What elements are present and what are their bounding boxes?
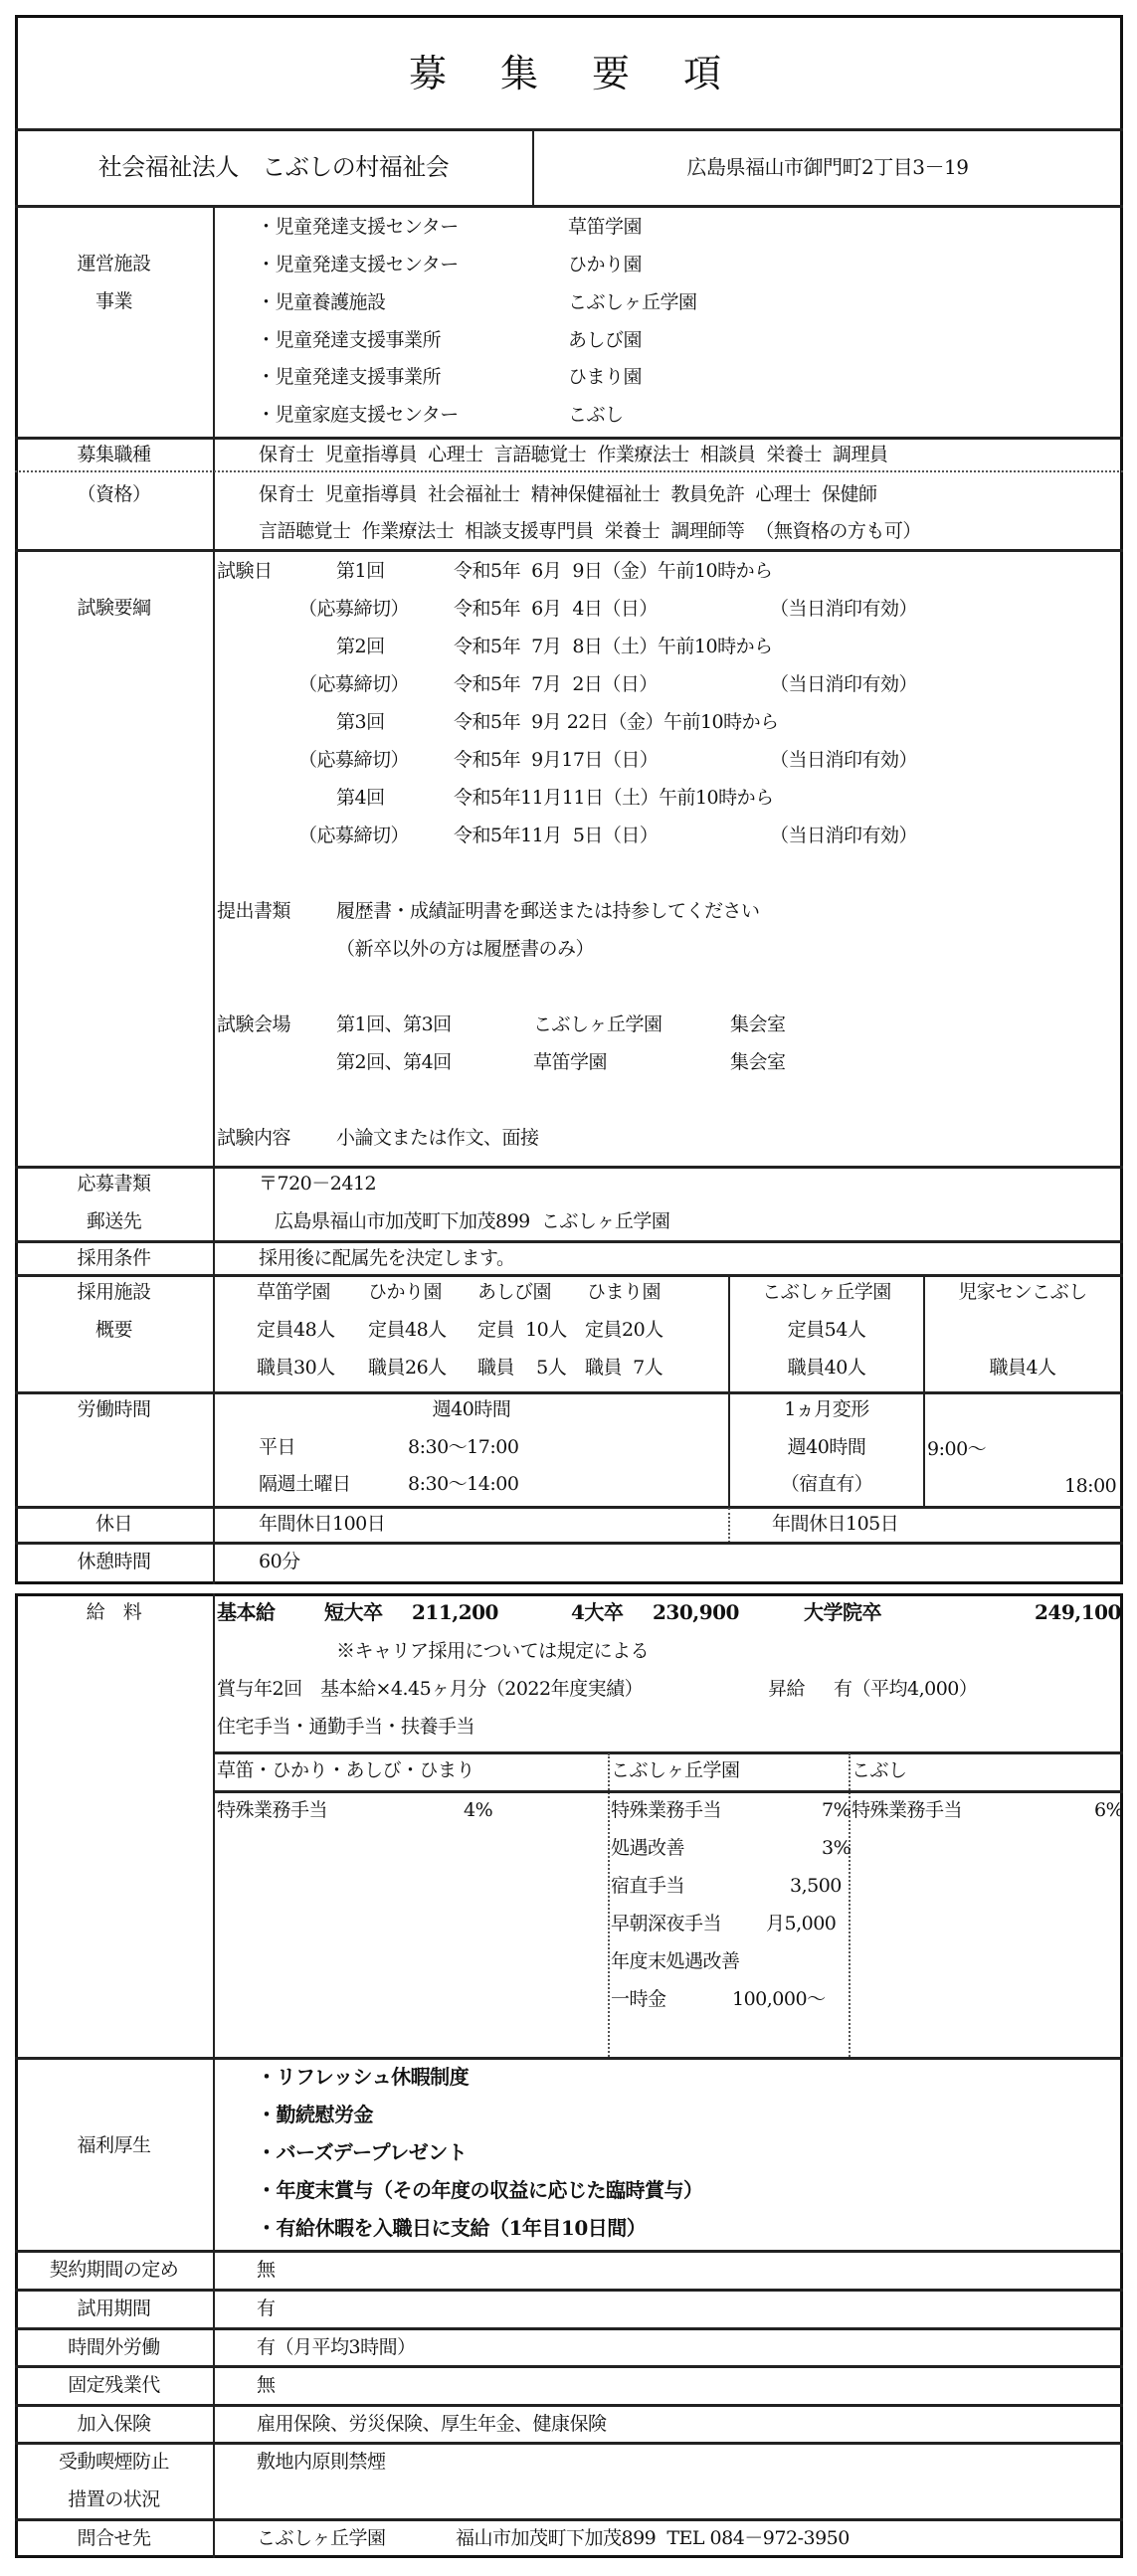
deadline-date: 令和5年 7月 2日（日） [454,672,658,696]
label-column-divider [213,206,215,1584]
exam-content-label: 試験内容 [217,1126,290,1150]
allowance-name: 特殊業務手当 [852,1798,962,1822]
deadline-label: （応募締切） [298,672,409,696]
raise-value: 有（平均4,000） [834,1677,977,1701]
working-hours-group-3-start: 9:00～ [927,1437,986,1461]
facility-type: ・児童家庭支援センター [257,403,459,427]
allowance-name: 一時金 [611,1987,666,2011]
welfare-label: 福利厚生 [15,2133,213,2157]
allowance-name: 特殊業務手当 [217,1798,327,1822]
qualifications-label: （資格） [15,482,213,506]
overview-staff: 職員30人 [257,1356,335,1380]
job-types-value: 保育士 児童指導員 心理士 言語聴覚士 作業療法士 相談員 栄養士 調理員 [259,443,888,466]
salary-column-header: こぶしヶ丘学園 [611,1758,740,1782]
facility-type: ・児童養護施設 [257,290,386,314]
overview-group-2-capacity: 定員54人 [730,1318,923,1342]
holidays-group-2: 年間休日105日 [772,1512,898,1536]
overview-group-2-staff: 職員40人 [730,1356,923,1380]
contract-period-label: 契約期間の定め [15,2258,213,2282]
allowance-name: 早朝深夜手当 [611,1912,721,1935]
deadline-note: （当日消印有効） [770,824,917,847]
base-amount: 211,200 [412,1600,498,1624]
exam-round: 第2回 [336,635,385,658]
deadline-date: 令和5年 6月 4日（日） [454,597,658,621]
bonus-value: 基本給×4.45ヶ月分（2022年度実績） [320,1677,643,1701]
overview-group-2-name: こぶしヶ丘学園 [730,1280,923,1304]
welfare-item: ・年度末賞与（その年度の収益に応じた臨時賞与） [257,2178,703,2202]
overview-staff: 職員 5人 [477,1356,566,1380]
salary-column-header: こぶし [852,1758,907,1782]
mailing-label: 応募書類 [15,1172,213,1196]
deadline-note: （当日消印有効） [770,748,917,772]
smoking-value: 敷地内原則禁煙 [257,2450,386,2474]
overview-facility-name: あしび園 [477,1280,551,1304]
hiring-conditions-label: 採用条件 [15,1246,213,1270]
allowance-name: 年度末処遇改善 [611,1949,740,1973]
mailing-address: 広島県福山市加茂町下加茂899 こぶしヶ丘学園 [275,1209,669,1233]
salary-label: 給 料 [15,1600,213,1624]
overview-label: 概要 [15,1318,213,1342]
job-types-label: 募集職種 [15,443,213,466]
overtime-label: 時間外労働 [15,2335,213,2359]
allowances: 住宅手当・通勤手当・扶養手当 [217,1715,474,1739]
career-note: ※キャリア採用については規定による [336,1639,649,1663]
working-time: 8:30～14:00 [408,1472,518,1496]
overview-group-3-name: 児家センこぶし [925,1280,1120,1304]
welfare-item: ・有給休暇を入職日に支給（1年目10日間） [257,2216,646,2240]
overview-capacity: 定員48人 [368,1318,447,1342]
facility-name: 草笛学園 [568,215,642,239]
venue-place: こぶしヶ丘学園 [533,1012,663,1036]
venue-room: 集会室 [730,1012,786,1036]
welfare-item: ・リフレッシュ休暇制度 [257,2065,469,2089]
welfare-item: ・バーズデープレゼント [257,2140,467,2164]
label-column-divider [213,1593,215,2558]
facilities-label: 運営施設 [15,252,213,276]
probation-value: 有 [257,2297,276,2320]
page-title: 募 集 要 項 [15,52,1123,95]
divider [15,2327,1123,2330]
working-hours-header: 週40時間 [215,1397,728,1421]
smoking-label: 受動喫煙防止 [15,2450,213,2474]
divider [15,1274,1123,1277]
divider [15,2442,1123,2445]
insurance-value: 雇用保険、労災保険、厚生年金、健康保険 [257,2412,607,2436]
facility-name: こぶし [568,403,624,427]
divider [15,2057,1123,2060]
qualifications-line: 保育士 児童指導員 社会福祉士 精神保健福祉士 教員免許 心理士 保健師 [259,482,876,506]
contact-label: 問合せ先 [15,2526,213,2550]
contact-place: こぶしヶ丘学園 [257,2526,386,2550]
salary-column-header: 草笛・ひかり・あしび・ひまり [217,1758,474,1782]
facility-type: ・児童発達支援事業所 [257,365,441,389]
divider [15,437,1123,440]
raise-label: 昇給 [768,1677,805,1701]
divider [15,2404,1123,2407]
venue-rounds: 第2回、第4回 [336,1050,452,1074]
documents-label: 提出書類 [217,899,290,923]
working-day: 平日 [259,1435,295,1459]
welfare-item: ・勤続慰労金 [257,2103,373,2126]
working-day: 隔週土曜日 [259,1472,351,1496]
insurance-label: 加入保険 [15,2412,213,2436]
venue-place: 草笛学園 [533,1050,607,1074]
allowance-value: 3,500 [790,1874,842,1898]
facility-name: ひかり園 [568,253,642,276]
allowance-name: 特殊業務手当 [611,1798,721,1822]
divider [15,1542,1123,1545]
allowance-value: 4% [464,1798,492,1822]
allowance-value: 6% [1094,1798,1123,1822]
divider [215,1790,1123,1793]
overview-facility-name: ひかり園 [368,1280,442,1304]
divider [15,2518,1123,2521]
overview-facility-name: ひまり園 [587,1280,661,1304]
working-hours-label: 労働時間 [15,1397,213,1421]
allowance-value: 月5,000 [766,1912,836,1935]
overview-group-3-staff: 職員4人 [925,1356,1120,1380]
documents-text: （新卒以外の方は履歴書のみ） [336,937,594,961]
venue-label: 試験会場 [217,1012,290,1036]
facility-name: あしび園 [568,328,642,352]
base-amount: 230,900 [653,1600,739,1624]
divider [15,470,1123,472]
mailing-postal: 〒720－2412 [259,1172,376,1196]
exam-label: 試験要綱 [15,596,213,620]
deadline-date: 令和5年11月 5日（日） [454,824,658,847]
break-time-label: 休憩時間 [15,1550,213,1573]
overview-capacity: 定員 10人 [477,1318,567,1342]
deadline-label: （応募締切） [298,824,409,847]
allowance-value: 3% [822,1836,851,1860]
divider [15,2289,1123,2292]
contact-address: 福山市加茂町下加茂899 TEL 084－972-3950 [456,2526,850,2550]
divider [608,1753,610,2057]
base-salary-label: 基本給 [217,1600,276,1624]
documents-text: 履歴書・成績証明書を郵送または持参してください [336,899,760,923]
exam-date: 令和5年11月11日（土）午前10時から [454,786,774,810]
divider [15,128,1123,131]
overtime-value: 有（月平均3時間） [257,2335,416,2359]
working-hours-group-2: （宿直有） [730,1472,923,1496]
divider [15,1391,1123,1394]
divider [15,2250,1123,2253]
overview-capacity: 定員20人 [585,1318,663,1342]
facility-type: ・児童発達支援センター [257,253,459,276]
divider [215,1751,1123,1754]
break-time-value: 60分 [259,1550,300,1573]
exam-date: 令和5年 7月 8日（土）午前10時から [454,635,773,658]
divider [15,2365,1123,2368]
allowance-name: 宿直手当 [611,1874,684,1898]
deadline-date: 令和5年 9月17日（日） [454,748,658,772]
hiring-conditions-value: 採用後に配属先を決定します。 [259,1246,514,1270]
facility-type: ・児童発達支援事業所 [257,328,441,352]
allowance-value: 100,000～ [732,1987,826,2011]
working-time: 8:30～17:00 [408,1435,518,1459]
fixed-overtime-label: 固定残業代 [15,2373,213,2397]
qualifications-line: 言語聴覚士 作業療法士 相談支援専門員 栄養士 調理師等 （無資格の方も可） [259,519,921,543]
divider [15,1166,1123,1169]
base-amount: 249,100 [1035,1600,1121,1624]
facility-name: こぶしヶ丘学園 [568,290,697,314]
divider [728,1508,730,1543]
exam-date: 令和5年 9月 22日（金）午前10時から [454,710,779,734]
holidays-label: 休日 [15,1512,213,1536]
holidays-group-1: 年間休日100日 [259,1512,385,1536]
facilities-label: 事業 [15,289,213,313]
working-hours-group-2: 1ヵ月変形 [730,1397,923,1421]
divider [15,205,1123,208]
exam-round: 第1回 [336,559,385,583]
exam-round: 第4回 [336,786,385,810]
overview-label: 採用施設 [15,1280,213,1304]
deadline-label: （応募締切） [298,597,409,621]
exam-date-label: 試験日 [217,559,273,583]
contract-period-value: 無 [257,2258,276,2282]
probation-label: 試用期間 [15,2297,213,2320]
overview-staff: 職員26人 [368,1356,447,1380]
exam-content: 小論文または作文、面接 [336,1126,539,1150]
facility-name: ひまり園 [568,365,642,389]
bonus-label: 賞与年2回 [217,1677,302,1701]
overview-capacity: 定員48人 [257,1318,335,1342]
working-hours-group-3-end: 18:00 [1064,1474,1116,1498]
divider [15,549,1123,552]
working-hours-group-2: 週40時間 [730,1435,923,1459]
facility-type: ・児童発達支援センター [257,215,459,239]
allowance-name: 処遇改善 [611,1836,684,1860]
base-degree: 短大卒 [324,1600,383,1624]
organization-name: 社会福祉法人 こぶしの村福祉会 [15,153,532,181]
allowance-value: 7% [822,1798,851,1822]
deadline-label: （応募締切） [298,748,409,772]
mailing-label: 郵送先 [15,1209,213,1233]
divider [15,1506,1123,1509]
organization-address: 広島県福山市御門町2丁目3－19 [534,155,1121,179]
divider [15,1240,1123,1243]
base-degree: 4大卒 [571,1600,623,1624]
venue-room: 集会室 [730,1050,786,1074]
deadline-note: （当日消印有効） [770,597,917,621]
overview-staff: 職員 7人 [585,1356,663,1380]
deadline-note: （当日消印有効） [770,672,917,696]
venue-rounds: 第1回、第3回 [336,1012,452,1036]
exam-date: 令和5年 6月 9日（金）午前10時から [454,559,773,583]
smoking-label: 措置の状況 [15,2487,213,2511]
overview-facility-name: 草笛学園 [257,1280,330,1304]
exam-round: 第3回 [336,710,385,734]
fixed-overtime-value: 無 [257,2373,276,2397]
base-degree: 大学院卒 [804,1600,881,1624]
